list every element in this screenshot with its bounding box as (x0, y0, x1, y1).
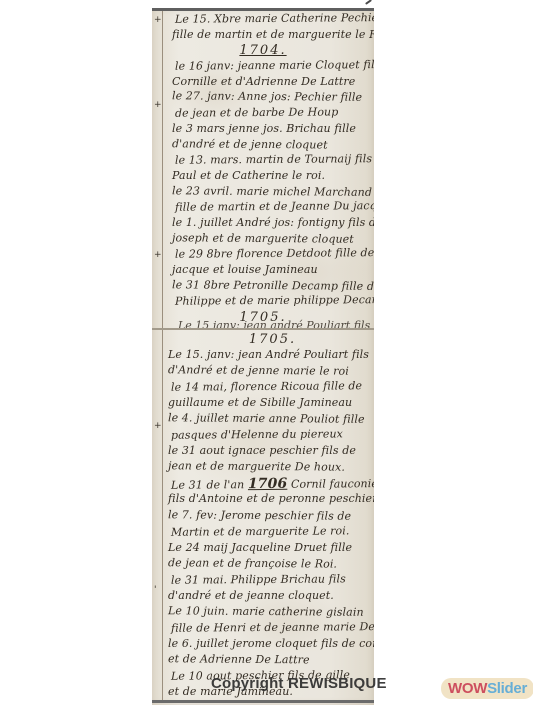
register-line: le 31 mai. Philippe Brichau fils (152, 572, 374, 590)
register-line: fille de martin et de Jeanne Du jacquier (152, 199, 374, 216)
scan-top-edge (152, 8, 374, 11)
register-page-1704: Le 15. Xbre marie Catherine Pechierfille… (152, 12, 374, 326)
register-line: de jean et de barbe De Houp (152, 105, 374, 122)
copyright-watermark: Copyright REWISBIQUE (211, 675, 387, 692)
register-line: et de Adrienne De Lattre (152, 652, 374, 670)
register-line: le 27. janv: Anne jos: Pechier fille (152, 90, 374, 107)
badge-slider-label: Slider (487, 678, 527, 699)
register-line: le 29 8bre florence Detdoot fille de (152, 246, 374, 263)
register-line: Le 24 maij Jacqueline Druet fille (152, 541, 374, 557)
register-line: Paul et de Catherine le roi. (152, 169, 374, 185)
register-line: d'andré et de jeanne cloquet. (152, 589, 374, 605)
register-line: le 6. juillet jerome cloquet fils de cor… (152, 637, 374, 653)
register-line: fils d'Antoine et de peronne peschier. (152, 492, 374, 508)
register-line: de jean et de françoise le Roi. (152, 556, 374, 574)
register-line: le 1. juillet André jos: fontigny fils d… (152, 216, 374, 232)
register-line: fille de Henri et de jeanne marie Devoo (152, 620, 374, 638)
register-line: Martin et de marguerite Le roi. (152, 524, 374, 542)
register-line: le 3 mars jenne jos. Brichau fille (152, 122, 374, 138)
register-line: Le 15. janv: jean André Pouliart fils (152, 348, 374, 364)
scan-bottom-edge (152, 700, 374, 703)
register-line: Philippe et de marie philippe Decamps. (152, 294, 374, 311)
register-line: le 7. fev: Jerome peschier fils de (152, 508, 374, 526)
seam-cut-text: Le 15 janv: jean andré Pouliart fils (152, 319, 374, 328)
slider-frame: + + + + ' Le 15. Xbre marie Catherine Pe… (0, 0, 533, 711)
pen-tick-mark (365, 0, 372, 5)
badge-wow-label: WOW (448, 678, 487, 699)
wowslider-badge[interactable]: WOWSlider (441, 678, 533, 699)
register-line: le 31 aout ignace peschier fils de (152, 444, 374, 460)
page-seam (152, 328, 374, 330)
register-line: Le 15. Xbre marie Catherine Pechier (152, 12, 374, 29)
register-line: fille de martin et de marguerite le Roi. (152, 28, 374, 44)
register-line: 1705. (152, 332, 374, 348)
register-line: le 14 mai, florence Ricoua fille de (152, 379, 374, 397)
register-line: guillaume et de Sibille Jamineau (152, 396, 374, 412)
register-line: d'André et de jenne marie le roi (152, 363, 374, 381)
register-line: 1704. (152, 43, 374, 59)
register-line: Le 10 juin. marie catherine gislain (152, 604, 374, 622)
register-line: pasques d'Helenne du piereux (152, 427, 374, 445)
manuscript-scan: + + + + ' Le 15. Xbre marie Catherine Pe… (152, 8, 374, 705)
register-line: le 13. mars. martin de Tournaij fils de (152, 152, 374, 169)
register-line: le 16 janv: jeanne marie Cloquet fille d… (152, 58, 374, 75)
register-page-1705: 1705.Le 15. janv: jean André Pouliart fi… (152, 332, 374, 701)
register-line: Cornille et d'Adrienne De Lattre (152, 75, 374, 91)
register-line: Le 31 de l'an 1706 Cornil fauconier (152, 476, 374, 494)
register-line: jacque et louise Jamineau (152, 263, 374, 279)
